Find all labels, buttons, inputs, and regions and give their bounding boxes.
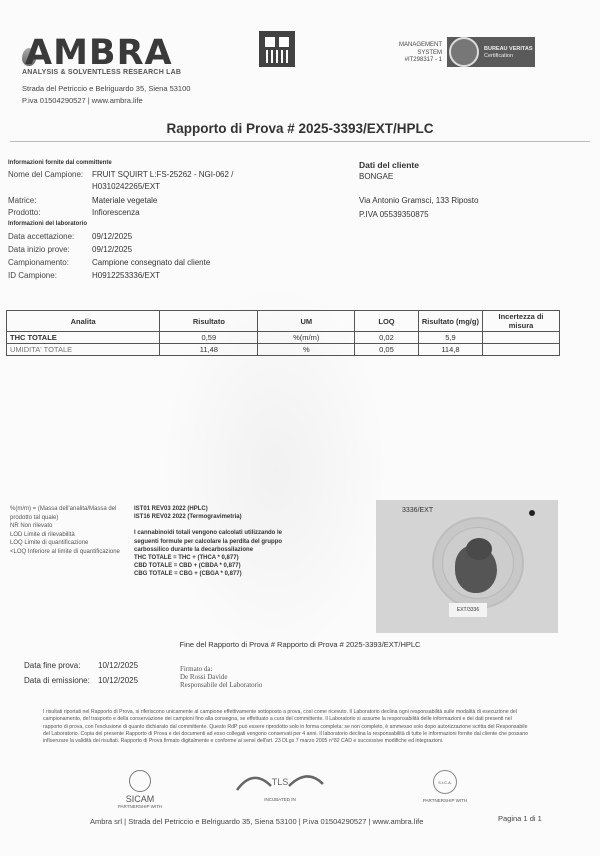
- report-title: Rapporto di Prova # 2025-3393/EXT/HPLC: [0, 121, 600, 136]
- sampling-label: Campionamento:: [8, 258, 69, 267]
- logo-subtitle: ANALYSIS & SOLVENTLESS RESEARCH LAB: [22, 69, 181, 76]
- column-header: UM: [258, 311, 355, 332]
- sicam-logo-icon: [129, 770, 151, 792]
- lab-vat-website: P.iva 01504290527 | www.ambra.life: [22, 96, 143, 105]
- partner-caption: PARTNERSHIP WITH: [420, 798, 470, 803]
- column-header: Risultato (mg/g): [418, 311, 482, 332]
- photo-label: 3336/EXT: [402, 507, 433, 514]
- customer-name: BONGAE: [359, 172, 393, 181]
- product-value: Infiorescenza: [92, 208, 140, 217]
- uncertainty-cell: [483, 332, 560, 344]
- customer-address: Via Antonio Gramsci, 133 Riposto: [359, 196, 478, 205]
- table-row: THC TOTALE 0,59 %(m/m) 0,02 5,9: [7, 332, 560, 344]
- cert-line: MANAGEMENT: [380, 42, 442, 50]
- loq-cell: 0,05: [355, 344, 419, 356]
- result-mg-cell: 114,8: [418, 344, 482, 356]
- flower-sample-top: [466, 538, 492, 560]
- test-start-date-value: 09/12/2025: [92, 245, 132, 254]
- certification-text: MANAGEMENT SYSTEM #IT298317 - 1: [380, 42, 442, 65]
- lab-address: Strada del Petriccio e Belriguardo 35, S…: [22, 84, 190, 93]
- acceptance-date-value: 09/12/2025: [92, 232, 132, 241]
- matrix-value: Materiale vegetale: [92, 196, 157, 205]
- bv-name: BUREAU VERITAS: [484, 46, 533, 53]
- table-header-row: Analita Risultato UM LOQ Risultato (mg/g…: [7, 311, 560, 332]
- cert-number: #IT298317 - 1: [380, 57, 442, 65]
- end-of-report: Fine del Rapporto di Prova # Rapporto di…: [0, 640, 600, 649]
- formula-line: CBD TOTALE = CBD + (CBDA * 0,877): [134, 562, 284, 570]
- sample-id-value: H0912253336/EXT: [92, 271, 160, 280]
- method-line: IST01 REV03 2022 (HPLC): [134, 505, 284, 513]
- column-header: Incertezza di misura: [483, 311, 560, 332]
- customer-vat: P.IVA 05539350875: [359, 210, 429, 219]
- legend-item: %(m/m) = (Massa dell'analita/Massa del p…: [10, 505, 130, 522]
- footer-text: Ambra srl | Strada del Petriccio e Belri…: [90, 817, 423, 826]
- methods-note: I cannabinoidi totali vengono calcolati …: [134, 529, 284, 554]
- abbreviations-legend: %(m/m) = (Massa dell'analita/Massa del p…: [10, 505, 130, 556]
- disclaimer-text: I risultati riportati nel Rapporto di Pr…: [43, 709, 529, 745]
- ambra-logo: AMBRA: [25, 33, 173, 73]
- acceptance-date-label: Data accettazione:: [8, 232, 74, 241]
- test-start-date-label: Data inizio prove:: [8, 245, 70, 254]
- analyte-cell: THC TOTALE: [7, 332, 160, 344]
- partner-caption: INCUBATED IN: [235, 797, 325, 802]
- result-cell: 11,48: [160, 344, 258, 356]
- bureau-veritas-seal-icon: [449, 37, 479, 67]
- bv-subtitle: Certification: [484, 53, 533, 60]
- signature-block: Firmato da: De Rossi Davide Responsabile…: [180, 665, 262, 689]
- sampling-value: Campione consegnato dal cliente: [92, 258, 210, 267]
- qr-code-icon: [259, 31, 295, 67]
- unit-cell: %: [258, 344, 355, 356]
- sample-tag: EXT/3336: [449, 603, 487, 617]
- column-header: LOQ: [355, 311, 419, 332]
- loq-cell: 0,02: [355, 332, 419, 344]
- test-end-date-label: Data fine prova:: [24, 661, 80, 670]
- partner-tls: TLS INCUBATED IN: [235, 770, 325, 802]
- product-label: Prodotto:: [8, 208, 40, 217]
- customer-heading: Dati del cliente: [359, 160, 419, 170]
- legend-item: LOQ Limite di quantificazione: [10, 539, 130, 548]
- method-line: IST16 REV02 2022 (Termogravimetria): [134, 513, 284, 521]
- results-table: Analita Risultato UM LOQ Risultato (mg/g…: [6, 310, 560, 356]
- legend-item: LOD Limite di rilevabilità: [10, 531, 130, 540]
- partner-sicam: SICAM PARTNERSHIP WITH: [115, 770, 165, 809]
- title-divider: [10, 141, 590, 142]
- lab-info-section-label: Informazioni del laboratorio: [8, 221, 87, 227]
- column-header: Analita: [7, 311, 160, 332]
- formula-line: CBG TOTALE = CBG + (CBGA * 0,877): [134, 570, 284, 578]
- formula-line: THC TOTALE = THC + (THCA * 0,877): [134, 554, 284, 562]
- partner-name: SICAM: [115, 794, 165, 804]
- sample-id-label: ID Campione:: [8, 271, 57, 280]
- result-mg-cell: 5,9: [418, 332, 482, 344]
- partner-sica: S.I.C.A. PARTNERSHIP WITH: [420, 770, 470, 803]
- matrix-label: Matrice:: [8, 196, 36, 205]
- bureau-veritas-text: BUREAU VERITAS Certification: [484, 46, 533, 60]
- test-end-date-value: 10/12/2025: [98, 661, 138, 670]
- sample-name-value-cont: H0310242265/EXT: [92, 182, 160, 191]
- client-info-section-label: Informazioni fornite dal committente: [8, 160, 112, 166]
- column-header: Risultato: [160, 311, 258, 332]
- page-number: Pagina 1 di 1: [498, 814, 542, 823]
- signed-by-label: Firmato da:: [180, 665, 262, 673]
- sica-logo-icon: S.I.C.A.: [433, 770, 457, 794]
- uncertainty-cell: [483, 344, 560, 356]
- issue-date-value: 10/12/2025: [98, 676, 138, 685]
- ink-dot: [529, 510, 535, 516]
- signer-name: De Rossi Davide: [180, 673, 262, 681]
- legend-item: <LOQ Inferiore al limite di quantificazi…: [10, 548, 130, 557]
- partner-caption: PARTNERSHIP WITH: [115, 804, 165, 809]
- legend-item: NR Non rilevato: [10, 522, 130, 531]
- analyte-cell: UMIDITA' TOTALE: [7, 344, 160, 356]
- table-row: UMIDITA' TOTALE 11,48 % 0,05 114,8: [7, 344, 560, 356]
- cert-line: SYSTEM: [380, 50, 442, 58]
- methods-block: IST01 REV03 2022 (HPLC) IST16 REV02 2022…: [134, 505, 284, 579]
- sample-name-label: Nome del Campione:: [8, 170, 83, 179]
- result-cell: 0,59: [160, 332, 258, 344]
- issue-date-label: Data di emissione:: [24, 676, 90, 685]
- sample-name-value: FRUIT SQUIRT L:FS-25262 - NGI-062 /: [92, 170, 233, 179]
- unit-cell: %(m/m): [258, 332, 355, 344]
- signer-role: Responsabile del Laboratorio: [180, 681, 262, 689]
